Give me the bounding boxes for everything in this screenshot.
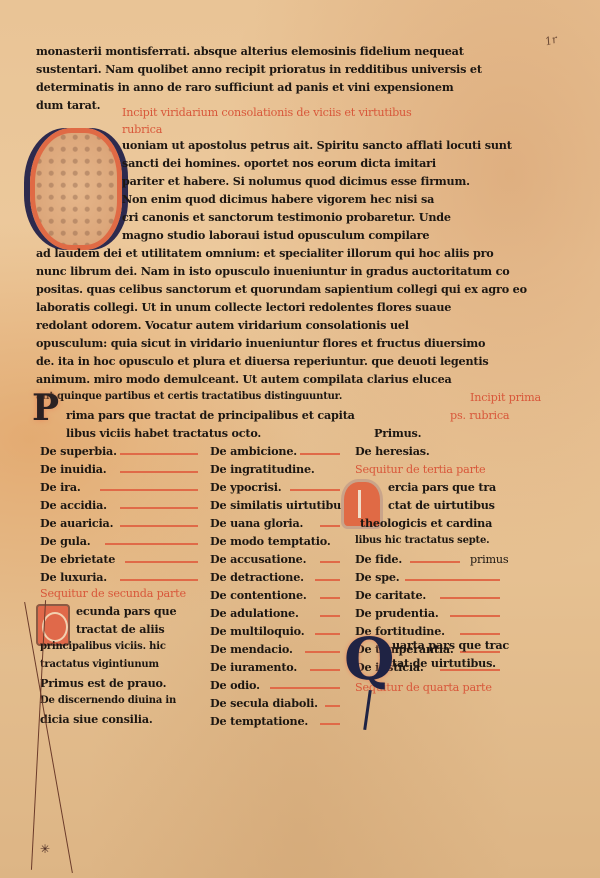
text-line: sustentari. Nam quolibet anno recipit pr…: [36, 64, 482, 75]
initial-q-icon: Q: [344, 630, 395, 688]
text-line: De discernendo diuina in: [40, 696, 176, 706]
virtue-item: De spe.: [355, 572, 399, 583]
rubric-dash: [305, 651, 340, 653]
rubric-tail: ps. rubrica: [450, 410, 509, 421]
rubric-dash: [270, 687, 340, 689]
rubric-dash: [105, 543, 198, 545]
rubric-dash: [320, 723, 340, 725]
vice-item: De temptatione.: [210, 716, 308, 727]
text-line: uarta pars que trac: [392, 640, 509, 651]
virtue-item: De caritate.: [355, 590, 426, 601]
text-line: redolant odorem. Vocatur autem viridariu…: [36, 320, 409, 331]
initial-q-tail: [363, 690, 372, 730]
text-line: tractat de aliis: [76, 624, 165, 635]
rubric-secunda: Sequitur de secunda parte: [40, 588, 186, 599]
rubric-dash: [325, 705, 340, 707]
text-line: dicia siue consilia.: [40, 714, 153, 725]
text-line: ecunda pars que: [76, 606, 176, 617]
vice-item: De ambicione.: [210, 446, 297, 457]
text-line: ercia pars que tra: [388, 482, 496, 493]
manuscript-page: 1r monasterii montisferrati. absque alte…: [0, 0, 600, 878]
rubric-dash: [410, 561, 460, 563]
vice-item: De multiloquio.: [210, 626, 304, 637]
text-line: ant quinque partibus et certis tractatib…: [36, 392, 342, 402]
vice-item: De luxuria.: [40, 572, 107, 583]
text-line: uoniam ut apostolus petrus ait. Spiritu …: [122, 140, 512, 151]
rubric-dash: [120, 471, 198, 473]
decorated-initial-q-icon: [30, 128, 122, 250]
virtue-item: De prudentia.: [355, 608, 439, 619]
vice-item: De auaricia.: [40, 518, 113, 529]
text-line: monasterii montisferrati. absque alteriu…: [36, 46, 464, 57]
vice-item: De mendacio.: [210, 644, 293, 655]
rubric-dash: [100, 489, 198, 491]
vice-item: De inuidia.: [40, 464, 107, 475]
rubric-dash: [450, 615, 500, 617]
text-line: ad laudem dei et utilitatem omnium: et s…: [36, 248, 494, 259]
rubric-dash: [405, 579, 500, 581]
vice-item: De ira.: [40, 482, 81, 493]
vice-item: De secula diaboli.: [210, 698, 318, 709]
text-line: opusculum: quia sicut in viridario inuen…: [36, 338, 485, 349]
rubric-dash: [460, 633, 500, 635]
vice-item: De superbia.: [40, 446, 117, 457]
vice-item: De ebrietate: [40, 554, 115, 565]
initial-p-icon: P: [32, 387, 59, 429]
vice-item: De heresias.: [355, 446, 430, 457]
text-line: tat de uirtutibus.: [392, 658, 496, 669]
rubric-dash: [320, 615, 340, 617]
text-line: de. ita in hoc opusculo et plura et diue…: [36, 356, 489, 367]
text-line: Primus.: [374, 428, 421, 439]
star-flourish-icon: ✳: [40, 842, 50, 856]
text-line: primus: [470, 554, 508, 565]
rubric-dash: [315, 579, 340, 581]
text-line: sancti dei homines. oportet nos eorum di…: [122, 158, 436, 169]
vice-item: De detractione.: [210, 572, 304, 583]
rubric-dash: [440, 597, 500, 599]
rubric-title-sub: rubrica: [122, 124, 162, 135]
vice-item: De odio.: [210, 680, 260, 691]
text-line: positas. quas celibus sanctorum et quoru…: [36, 284, 527, 295]
rubric-dash: [310, 669, 340, 671]
text-line: nunc librum dei. Nam in isto opusculo in…: [36, 266, 509, 277]
text-line: Primus est de prauo.: [40, 678, 166, 689]
text-line: theologicis et cardina: [360, 518, 492, 529]
rubric-dash: [315, 633, 340, 635]
text-line: dum tarat.: [36, 100, 100, 111]
vice-item: De ingratitudine.: [210, 464, 315, 475]
initial-s-icon: [36, 604, 70, 646]
rubric-dash: [320, 561, 340, 563]
rubric-incipit: Incipit prima: [470, 392, 541, 403]
vice-item: De accusatione.: [210, 554, 306, 565]
text-line: principalibus viciis. hic: [40, 642, 166, 652]
text-line: rima pars que tractat de principalibus e…: [66, 410, 355, 421]
rubric-dash: [120, 507, 198, 509]
text-line: animum. miro modo demulceant. Ut autem c…: [36, 374, 452, 385]
rubric-dash: [120, 525, 198, 527]
text-line: determinatis in anno de raro sufficiunt …: [36, 82, 453, 93]
vice-item: De iuramento.: [210, 662, 297, 673]
folio-mark: 1r: [544, 33, 559, 49]
vice-item: De accidia.: [40, 500, 107, 511]
text-line: ctat de uirtutibus: [388, 500, 495, 511]
vice-item: De gula.: [40, 536, 90, 547]
rubric-dash: [320, 597, 340, 599]
rubric-dash: [300, 453, 340, 455]
text-line: cri canonis et sanctorum testimonio prob…: [122, 212, 451, 223]
vice-item: De ypocrisi.: [210, 482, 282, 493]
text-line: libus hic tractatus septe.: [355, 536, 489, 546]
text-line: laboratis collegi. Ut in unum collecte l…: [36, 302, 451, 313]
vice-item: De similatis uirtutibus: [210, 500, 347, 511]
vice-item: De contentione.: [210, 590, 307, 601]
vice-item: De modo temptatio.: [210, 536, 331, 547]
text-line: Non enim quod dicimus habere vigorem hec…: [122, 194, 434, 205]
text-line: tractatus vigintiunum: [40, 660, 159, 670]
text-line: magno studio laboraui istud opusculum co…: [122, 230, 429, 241]
rubric-dash: [120, 579, 198, 581]
rubric-dash: [290, 489, 340, 491]
virtue-item: De fide.: [355, 554, 402, 565]
rubric-dash: [120, 453, 198, 455]
rubric-title: Incipit viridarium consolationis de vici…: [122, 107, 412, 118]
text-line: libus viciis habet tractatus octo.: [66, 428, 261, 439]
rubric-dash: [320, 525, 340, 527]
rubric-tertia: Sequitur de tertia parte: [355, 464, 485, 475]
text-line: pariter et habere. Si nolumus quod dicim…: [122, 176, 470, 187]
vice-item: De adulatione.: [210, 608, 299, 619]
vice-item: De uana gloria.: [210, 518, 303, 529]
rubric-dash: [125, 561, 198, 563]
